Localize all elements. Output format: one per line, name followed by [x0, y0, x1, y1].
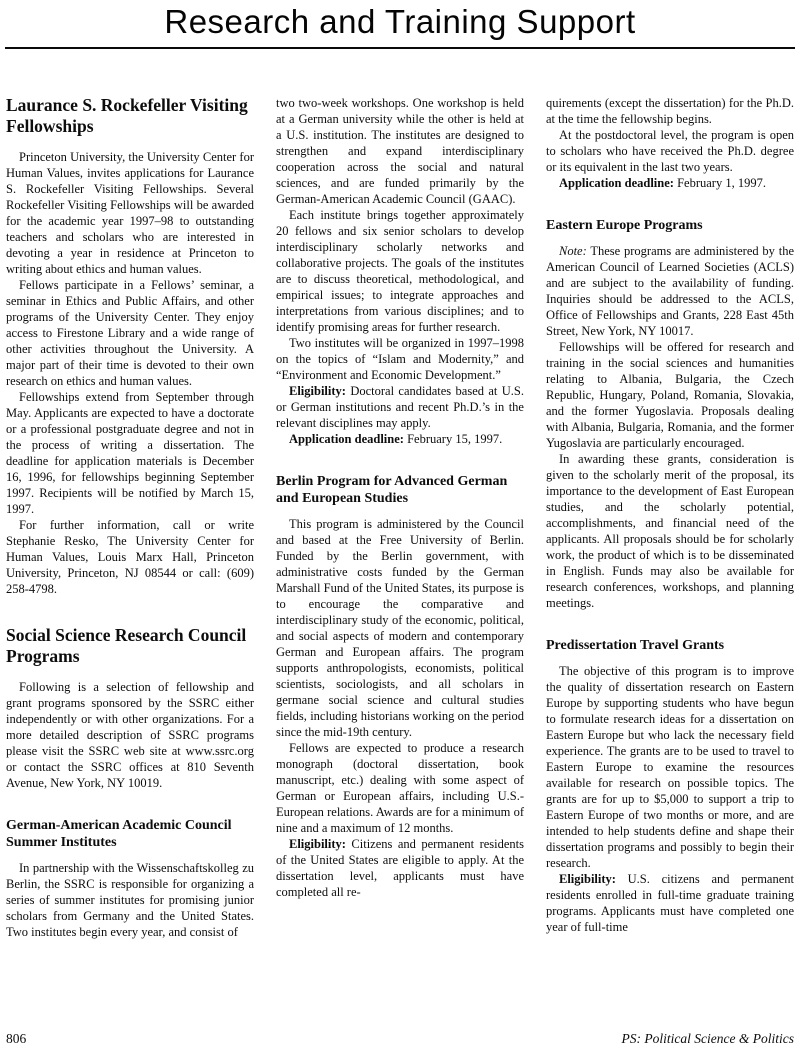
title-rule: [5, 47, 795, 49]
paragraph: Two institutes will be organized in 1997…: [276, 335, 524, 383]
paragraph: Fellows are expected to produce a resear…: [276, 740, 524, 836]
content-columns: Laurance S. Rockefeller Visiting Fellows…: [0, 95, 800, 1017]
footer-page-number: 806: [6, 1031, 26, 1047]
subsection-heading: Eastern Europe Programs: [546, 217, 794, 234]
paragraph: The objective of this program is to impr…: [546, 663, 794, 871]
paragraph: This program is administered by the Coun…: [276, 516, 524, 740]
paragraph: Fellows participate in a Fellows’ semina…: [6, 277, 254, 389]
field-lead-label: Eligibility:: [559, 872, 616, 886]
text-column-3: quirements (except the dissertation) for…: [546, 95, 794, 1017]
paragraph: Eligibility: Citizens and permanent resi…: [276, 836, 524, 900]
paragraph: Each institute brings together approxima…: [276, 207, 524, 335]
paragraph: Application deadline: February 15, 1997.: [276, 431, 524, 447]
paragraph: For further information, call or write S…: [6, 517, 254, 597]
page-title: Research and Training Support: [0, 3, 800, 41]
footer-journal-title: PS: Political Science & Politics: [622, 1031, 794, 1047]
paragraph: quirements (except the dissertation) for…: [546, 95, 794, 127]
journal-page: Research and Training Support Laurance S…: [0, 0, 800, 1053]
text-column-1: Laurance S. Rockefeller Visiting Fellows…: [6, 95, 254, 1017]
text-column-2: two two-week workshops. One workshop is …: [276, 95, 524, 1017]
paragraph: two two-week workshops. One workshop is …: [276, 95, 524, 207]
paragraph: In partnership with the Wissenschaftskol…: [6, 860, 254, 940]
section-heading: Social Science Research Council Programs: [6, 625, 254, 667]
paragraph: Eligibility: U.S. citizens and permanent…: [546, 871, 794, 935]
paragraph: Fellowships extend from September throug…: [6, 389, 254, 517]
page-footer: 806 PS: Political Science & Politics: [0, 1031, 800, 1047]
field-lead-label: Application deadline:: [559, 176, 674, 190]
paragraph: At the postdoctoral level, the program i…: [546, 127, 794, 175]
subsection-heading: Predissertation Travel Grants: [546, 637, 794, 654]
paragraph: Princeton University, the University Cen…: [6, 149, 254, 277]
note-lead-label: Note:: [559, 244, 587, 258]
subsection-heading: German-American Academic Council Summer …: [6, 817, 254, 851]
paragraph: Following is a selection of fellowship a…: [6, 679, 254, 791]
paragraph: Application deadline: February 1, 1997.: [546, 175, 794, 191]
paragraph: Eligibility: Doctoral candidates based a…: [276, 383, 524, 431]
field-lead-label: Application deadline:: [289, 432, 404, 446]
paragraph: Note: These programs are administered by…: [546, 243, 794, 339]
section-heading: Laurance S. Rockefeller Visiting Fellows…: [6, 95, 254, 137]
paragraph: Fellowships will be offered for research…: [546, 339, 794, 451]
masthead: Research and Training Support: [0, 0, 800, 41]
field-lead-label: Eligibility:: [289, 384, 346, 398]
field-lead-label: Eligibility:: [289, 837, 346, 851]
subsection-heading: Berlin Program for Advanced German and E…: [276, 473, 524, 507]
paragraph: In awarding these grants, consideration …: [546, 451, 794, 611]
